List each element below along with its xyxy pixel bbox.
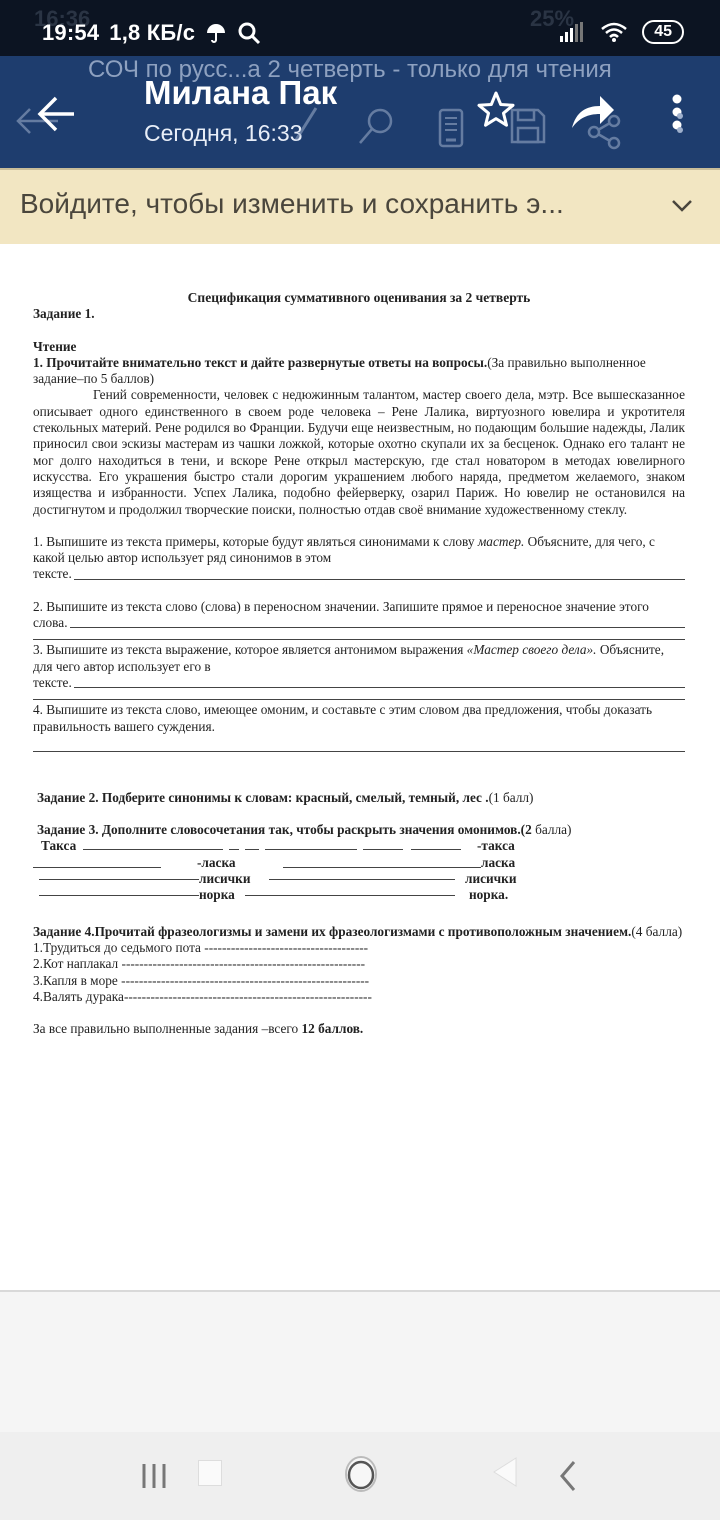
task2-points: (1 балл) [489, 790, 534, 805]
clock: 19:54 [42, 20, 99, 46]
back-icon[interactable] [556, 1460, 578, 1492]
section-reading: Чтение [33, 339, 685, 355]
phrase-label: 2.Кот наплакал [33, 956, 118, 971]
question-text: 1. Выпишите из текста примеры, которые б… [33, 534, 478, 549]
sign-in-banner[interactable]: Войдите, чтобы изменить и сохранить э... [0, 168, 720, 246]
signal-icon [560, 22, 586, 42]
doc-search-icon[interactable] [356, 106, 396, 146]
answer-label: тексте. [33, 566, 72, 582]
umbrella-icon [205, 22, 227, 44]
task4: Задание 4.Прочитай фразеологизмы и замен… [33, 924, 685, 940]
combo-row: -ласка ласка [33, 855, 685, 871]
instruction-bold: 1. Прочитайте внимательно текст и дайте … [33, 355, 487, 370]
question-2: 2. Выпишите из текста слово (слова) в пе… [33, 599, 685, 641]
combo-left: лисички [199, 871, 251, 887]
combo-row: Такса -такса [33, 838, 685, 854]
phrase-answer-line: ----------------------------------------… [124, 989, 372, 1004]
document-page: Спецификация суммативного оценивания за … [0, 244, 720, 1292]
phrase-answer-line: ------------------------------------- [201, 940, 368, 955]
task1-title: Задание 1. [33, 306, 685, 322]
more-vert-icon [668, 94, 688, 144]
phraseologism-item: 1.Трудиться до седьмого пота -----------… [33, 940, 685, 956]
task4-points: (4 балла) [631, 924, 682, 939]
task3-points-unit: балла) [532, 822, 572, 837]
ghost-square-icon [198, 1460, 222, 1486]
answer-line: слова. [33, 615, 685, 631]
back-button[interactable] [14, 88, 78, 144]
task4-title: Задание 4.Прочитай фразеологизмы и замен… [33, 924, 631, 939]
answer-line: тексте. [33, 675, 685, 691]
search-icon [237, 21, 261, 45]
back-arrow-icon [14, 88, 78, 144]
question-1: 1. Выпишите из текста примеры, которые б… [33, 534, 685, 583]
combo-right: -такса [477, 838, 515, 854]
answer-label: слова. [33, 615, 68, 631]
status-bar: 16:36 25% 19:54 1,8 КБ/с 45 [0, 0, 720, 56]
combo-right: лисички [465, 871, 517, 887]
phrase-label: 1.Трудиться до седьмого пота [33, 940, 201, 955]
document-content: Спецификация суммативного оценивания за … [33, 244, 685, 1037]
edit-icon [290, 104, 320, 144]
phrase-answer-line: ----------------------------------------… [118, 973, 369, 988]
phrase-label: 3.Капля в море [33, 973, 118, 988]
answer-rule [33, 691, 685, 700]
status-right: 45 [560, 20, 684, 44]
combo-row: лисички лисички [33, 871, 685, 887]
total-points: 12 баллов. [301, 1021, 363, 1036]
phrase-answer-line: ----------------------------------------… [118, 956, 365, 971]
phrase-label: 4.Валять дурака [33, 989, 124, 1004]
combo-row: норка норка. [33, 887, 685, 903]
question-emphasis: «Мастер своего дела». [467, 642, 597, 657]
task2-title: Задание 2. Подберите синонимы к словам: … [37, 790, 489, 805]
chevron-down-icon[interactable] [670, 196, 694, 216]
total-text: За все правильно выполненные задания –вс… [33, 1021, 301, 1036]
sent-date: Сегодня, 16:33 [144, 120, 302, 147]
more-button[interactable] [668, 94, 688, 144]
status-left: 19:54 1,8 КБ/с [42, 20, 261, 46]
question-text: 4. Выпишите из текста слово, имеющее омо… [33, 702, 652, 733]
task3-title: Задание 3. Дополните словосочетания так,… [37, 822, 521, 837]
wifi-icon [600, 21, 628, 43]
home-icon[interactable] [342, 1454, 380, 1494]
answer-line: тексте. [33, 566, 685, 582]
question-3: 3. Выпишите из текста выражение, которое… [33, 642, 685, 700]
combo-right: ласка [481, 855, 515, 871]
total-score: За все правильно выполненные задания –вс… [33, 1021, 685, 1037]
ghost-back-triangle-icon [490, 1456, 520, 1488]
network-speed: 1,8 КБ/с [109, 20, 195, 46]
answer-label: тексте. [33, 675, 72, 691]
phraseologism-item: 3.Капля в море -------------------------… [33, 973, 685, 989]
answer-rule [33, 735, 685, 752]
question-emphasis: мастер. [478, 534, 525, 549]
combo-left: -ласка [197, 855, 236, 871]
task3-points-num: (2 [521, 822, 532, 837]
banner-text: Войдите, чтобы изменить и сохранить э... [20, 188, 564, 220]
task1-instruction: 1. Прочитайте внимательно текст и дайте … [33, 355, 685, 388]
star-icon[interactable] [476, 90, 516, 128]
combo-left: норка [199, 887, 235, 903]
question-text: 3. Выпишите из текста выражение, которое… [33, 642, 467, 657]
phraseologism-item: 4.Валять дурака-------------------------… [33, 989, 685, 1005]
battery-icon: 45 [642, 20, 684, 44]
combo-right: норка. [469, 887, 508, 903]
forward-icon[interactable] [570, 92, 616, 132]
answer-rule [33, 631, 685, 640]
task3: Задание 3. Дополните словосочетания так,… [33, 822, 685, 838]
task2: Задание 2. Подберите синонимы к словам: … [33, 790, 685, 806]
phraseologism-item: 2.Кот наплакал -------------------------… [33, 956, 685, 972]
navigation-bar [0, 1432, 720, 1520]
combo-left: Такса [41, 838, 76, 854]
app-bar: СОЧ по русс...а 2 четверть - только для … [0, 56, 720, 168]
question-text: 2. Выпишите из текста слово (слова) в пе… [33, 599, 649, 614]
recents-icon[interactable] [140, 1462, 170, 1490]
document-heading: Спецификация суммативного оценивания за … [33, 290, 685, 306]
reader-icon[interactable] [438, 108, 464, 148]
reading-text: Гений современности, человек с недюжинны… [33, 387, 685, 517]
question-4: 4. Выпишите из текста слово, имеющее омо… [33, 702, 685, 752]
